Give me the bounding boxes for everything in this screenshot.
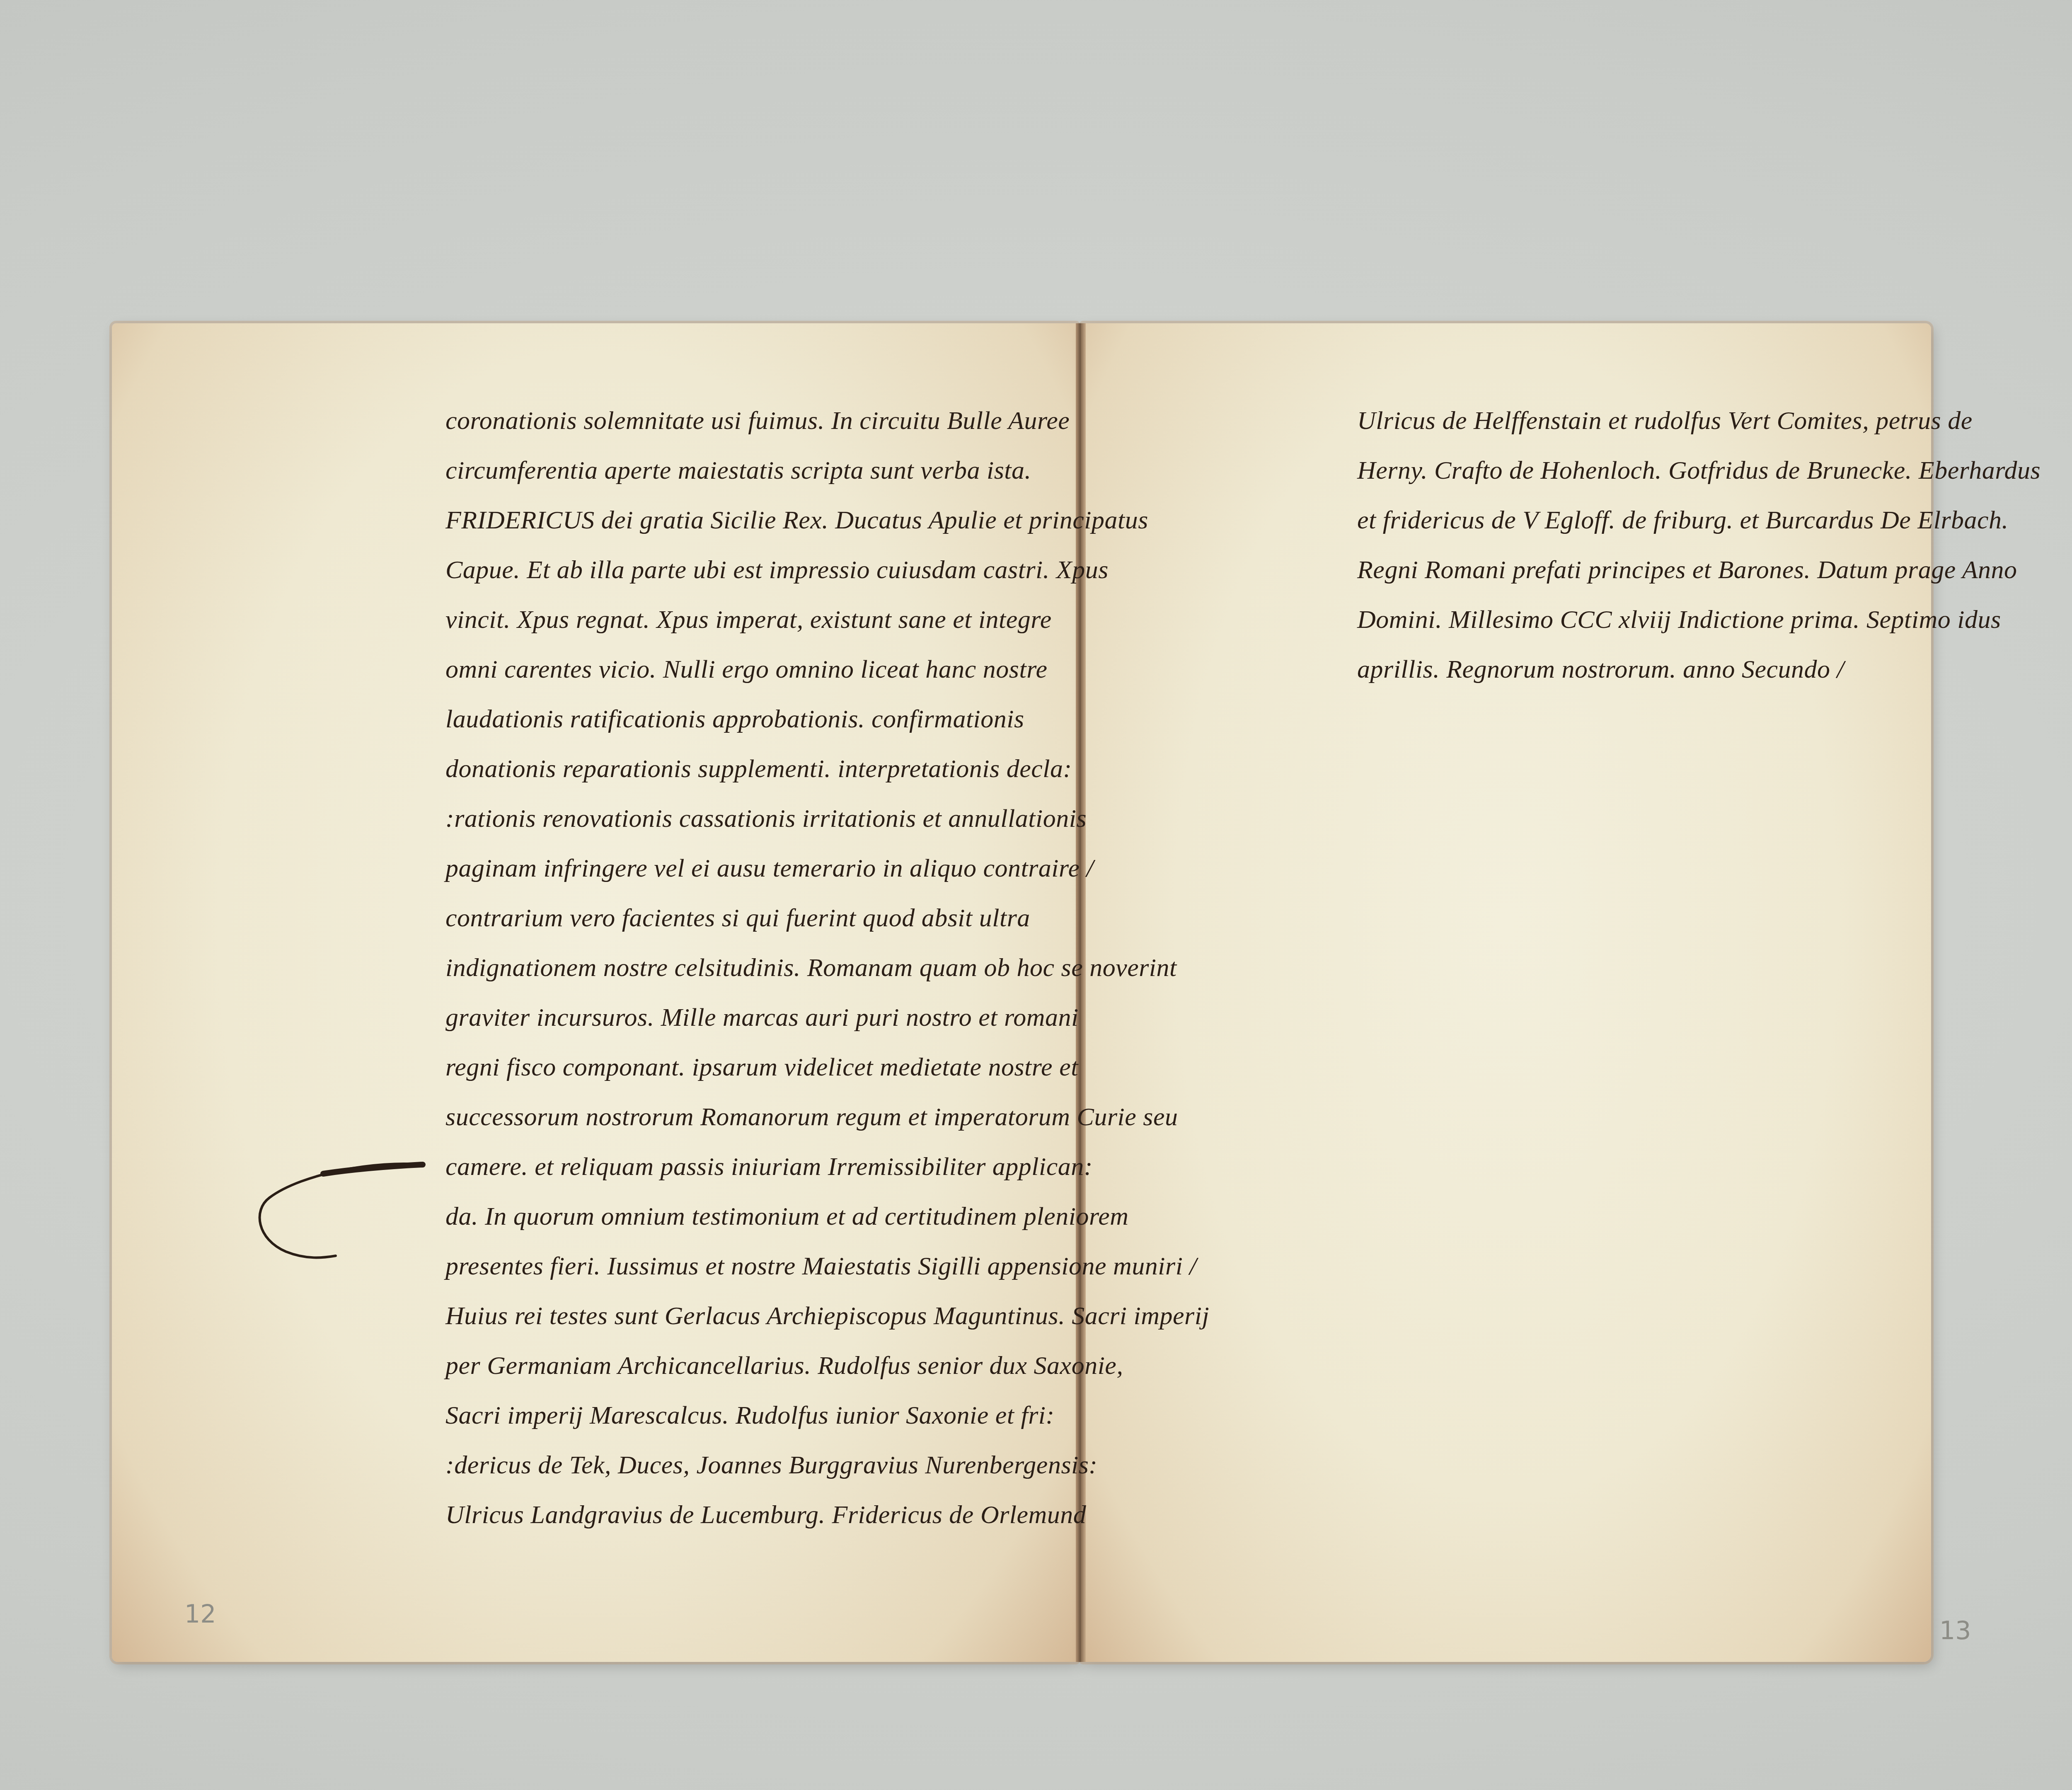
- manuscript-line: Sacri imperij Marescalcus. Rudolfus iuni…: [445, 1390, 1209, 1440]
- manuscript-line: graviter incursuros. Mille marcas auri p…: [445, 993, 1209, 1042]
- manuscript-line: FRIDERICUS dei gratia Sicilie Rex. Ducat…: [445, 495, 1209, 545]
- manuscript-line: paginam infringere vel ei ausu temerario…: [445, 843, 1209, 893]
- manuscript-line: regni fisco componant. ipsarum videlicet…: [445, 1042, 1209, 1092]
- manuscript-line: Herny. Crafto de Hohenloch. Gotfridus de…: [1357, 446, 2041, 495]
- manuscript-line: indignationem nostre celsitudinis. Roman…: [445, 943, 1209, 993]
- manuscript-line: Capue. Et ab illa parte ubi est impressi…: [445, 545, 1209, 595]
- manuscript-line: Domini. Millesimo CCC xlviij Indictione …: [1357, 595, 2041, 644]
- right-page-text: Ulricus de Helffenstain et rudolfus Vert…: [1357, 396, 2041, 694]
- manuscript-line: successorum nostrorum Romanorum regum et…: [445, 1092, 1209, 1142]
- manuscript-line: Ulricus de Helffenstain et rudolfus Vert…: [1357, 396, 2041, 446]
- manuscript-line: da. In quorum omnium testimonium et ad c…: [445, 1192, 1209, 1241]
- manuscript-line: :rationis renovationis cassationis irrit…: [445, 794, 1209, 843]
- manuscript-line: per Germaniam Archicancellarius. Rudolfu…: [445, 1341, 1209, 1390]
- manuscript-line: contrarium vero facientes si qui fuerint…: [445, 893, 1209, 943]
- manuscript-line: Ulricus Landgravius de Lucemburg. Frider…: [445, 1490, 1209, 1540]
- manuscript-line: donationis reparationis supplementi. int…: [445, 744, 1209, 794]
- folio-number-left: 12: [184, 1600, 216, 1629]
- manuscript-line: presentes fieri. Iussimus et nostre Maie…: [445, 1241, 1209, 1291]
- manuscript-line: aprillis. Regnorum nostrorum. anno Secun…: [1357, 644, 2041, 694]
- flourish-ornament: [253, 1156, 427, 1264]
- folio-number-right: 13: [1939, 1616, 1971, 1645]
- manuscript-line: camere. et reliquam passis iniuriam Irre…: [445, 1142, 1209, 1192]
- manuscript-line: :dericus de Tek, Duces, Joannes Burggrav…: [445, 1440, 1209, 1490]
- manuscript-line: et fridericus de V Egloff. de friburg. e…: [1357, 495, 2041, 545]
- manuscript-line: laudationis ratificationis approbationis…: [445, 694, 1209, 744]
- manuscript-line: coronationis solemnitate usi fuimus. In …: [445, 396, 1209, 446]
- manuscript-line: Regni Romani prefati principes et Barone…: [1357, 545, 2041, 595]
- manuscript-line: Huius rei testes sunt Gerlacus Archiepis…: [445, 1291, 1209, 1341]
- manuscript-line: circumferentia aperte maiestatis scripta…: [445, 446, 1209, 495]
- manuscript-line: omni carentes vicio. Nulli ergo omnino l…: [445, 644, 1209, 694]
- left-page-text: coronationis solemnitate usi fuimus. In …: [445, 396, 1209, 1540]
- manuscript-line: vincit. Xpus regnat. Xpus imperat, exist…: [445, 595, 1209, 644]
